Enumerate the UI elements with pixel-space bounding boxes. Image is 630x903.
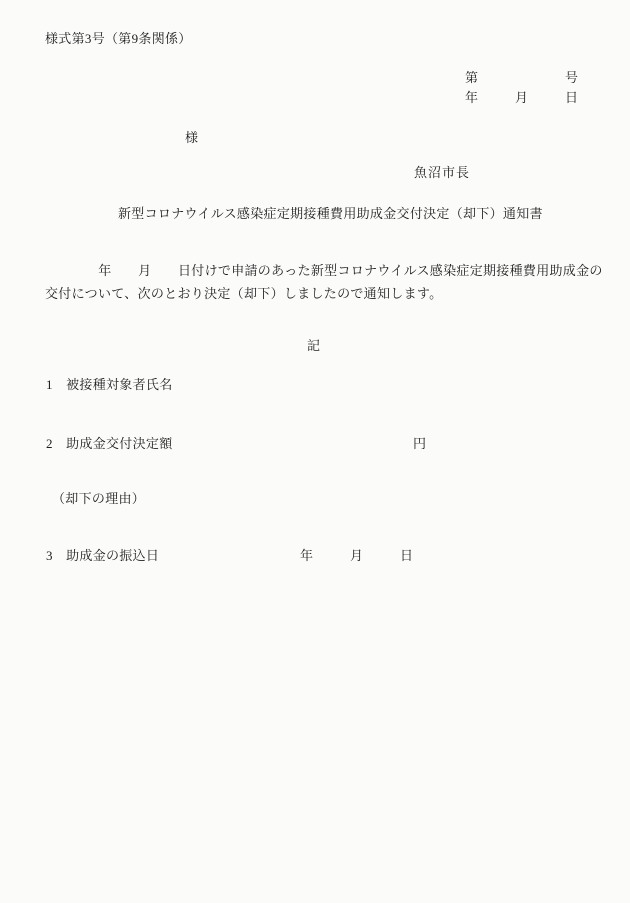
- form-label: 様式第3号（第9条関係）: [45, 31, 192, 46]
- item2-unit: 円: [413, 436, 426, 451]
- body-line1: 年 月 日付けで申請のあった新型コロナウイルス感染症定期接種費用助成金の: [45, 263, 603, 278]
- rejection-reason-label: （却下の理由）: [52, 491, 145, 506]
- doc-number-suffix: 号: [565, 70, 578, 85]
- addressee-honorific: 様: [185, 130, 198, 145]
- item3-month: 月: [350, 548, 363, 563]
- item3-year: 年: [300, 548, 313, 563]
- item3-label: 3 助成金の振込日: [46, 548, 159, 563]
- issue-date-month: 月: [515, 90, 528, 105]
- issue-date-day: 日: [565, 90, 578, 105]
- item3-day: 日: [400, 548, 413, 563]
- item2-label: 2 助成金交付決定額: [46, 436, 173, 451]
- item1-label: 1 被接種対象者氏名: [46, 377, 173, 392]
- doc-number-prefix: 第: [465, 70, 478, 85]
- body-line2: 交付について、次のとおり決定（却下）しましたので通知します。: [45, 286, 442, 301]
- sender-name: 魚沼市長: [414, 165, 470, 180]
- document-page: 様式第3号（第9条関係） 第 号 年 月 日 様 魚沼市長 新型コロナウイルス感…: [0, 0, 630, 903]
- list-header: 記: [307, 338, 320, 353]
- issue-date-year: 年: [465, 90, 478, 105]
- document-title: 新型コロナウイルス感染症定期接種費用助成金交付決定（却下）通知書: [118, 206, 543, 221]
